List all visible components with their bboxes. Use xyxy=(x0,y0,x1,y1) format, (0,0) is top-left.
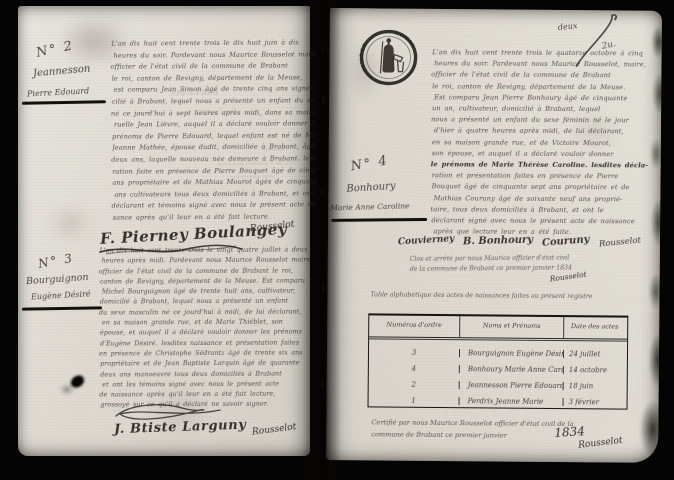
table-header-row: Numéros d'ordre Noms et Prénoms Date des… xyxy=(369,315,627,339)
handwritten-line: heures après midi. Pardevant nous Mauric… xyxy=(102,256,314,267)
act4-official-signature: Rousselot xyxy=(599,236,642,250)
handwritten-line: d'hier à quatre heures après midi, de lu… xyxy=(434,126,654,138)
page-edge-mottling xyxy=(634,25,664,455)
act4-signature: Couvierney xyxy=(398,234,455,247)
margin-rule xyxy=(331,218,427,221)
table-column-header: Numéros d'ordre xyxy=(369,315,459,337)
table-column-header: Date des actes xyxy=(563,317,625,339)
closure-line: de la commune de Brabant ce premier janv… xyxy=(410,262,654,274)
person-name: Bourguignon Eugène Désiré xyxy=(459,349,563,358)
act3-text-block: L'an dix huit cent trente trois le vingt… xyxy=(100,245,315,411)
binding-stitch xyxy=(321,380,324,388)
binding-stitch xyxy=(322,96,325,104)
person-name: Perdrix Jeanne Marie xyxy=(459,397,563,406)
handwritten-line: ans propriétaire et de Mathias Mourot âg… xyxy=(112,176,316,189)
ink-blot-smear xyxy=(62,386,72,393)
act-date: 14 octobre xyxy=(563,366,625,375)
person-name: Bonhoury Marie Anne Caroline xyxy=(459,365,563,374)
table-column-header: Noms et Prénoms xyxy=(459,316,563,338)
table-heading: Table alphabétique des actes de naissanc… xyxy=(370,291,656,300)
binding-stitch xyxy=(322,284,325,292)
handwritten-line: L'an dix huit cent trente trois le dix h… xyxy=(111,37,315,50)
table-row: 1 Perdrix Jeanne Marie 3 février xyxy=(369,392,627,410)
act4-signatures-row: Couvierney B. Bonhoury Couruny Rousselot xyxy=(398,235,650,248)
act4-signature: Couruny xyxy=(542,234,590,249)
birth-index-table: Numéros d'ordre Noms et Prénoms Date des… xyxy=(368,313,629,409)
timbre-royal-stamp-icon: TIMBRE ROYAL xyxy=(355,26,422,89)
order-number: 2 xyxy=(369,380,459,389)
act-date: 24 juillet xyxy=(563,350,625,359)
act3-official-signature: Rousselot xyxy=(252,422,297,437)
act4-signature: B. Bonhoury xyxy=(463,235,533,248)
handwritten-line: deux ans, laquelle nouveau née demeure à… xyxy=(111,153,316,166)
person-name: Jeannesson Pierre Edouard xyxy=(459,381,563,390)
handwritten-line: propriétaire et de Jean Baptiste Larquin… xyxy=(100,359,314,370)
order-number: 3 xyxy=(369,348,459,357)
act4-text-block: L'an dix huit cent trente trois le quato… xyxy=(431,47,654,239)
act3-margin-firstnames: Eugène Désiré xyxy=(31,289,91,301)
binding-stitch xyxy=(321,188,324,196)
right-page: TIMBRE ROYAL deux 2u. N° 4 Bonhoury Mari… xyxy=(326,8,662,463)
handwritten-line: officier de l'état civil de la commune d… xyxy=(431,70,654,82)
act3-margin-number: N° 3 xyxy=(37,251,75,271)
handwritten-line: épouse, et auquel il a déclaré vouloir d… xyxy=(100,328,314,339)
handwritten-line: en sa maison grande rue, et de Victoire … xyxy=(432,137,654,149)
act-date: 18 juin xyxy=(563,382,625,391)
svg-text:ROYAL: ROYAL xyxy=(394,31,416,50)
stamp-word-right: ROYAL xyxy=(394,31,416,50)
left-page: BAR-LE-DUC Pour l'an 1833 Feuillets visé… xyxy=(18,6,310,456)
act3-margin-surname: Bourguignon xyxy=(26,272,89,287)
paper-stain xyxy=(48,206,92,240)
act2-margin-surname: Jeannesson xyxy=(33,64,91,80)
act-date: 3 février xyxy=(563,398,625,407)
act4-margin-number: N° 4 xyxy=(350,153,390,174)
certification-year: 1834 xyxy=(554,424,585,440)
handwritten-line: Mathias Couruny âgé de soixante neuf ans… xyxy=(434,193,654,205)
act2-text-block: L'an dix huit cent trente trois le dix h… xyxy=(111,37,316,224)
table-body: 3 Bourguignon Eugène Désiré 24 juillet 4… xyxy=(369,337,628,410)
act3-witness-signature: J. Btiste Larguny xyxy=(114,418,247,438)
order-number: 4 xyxy=(369,364,459,373)
act4-margin-surname: Bonhoury xyxy=(346,181,396,195)
binding-stitch xyxy=(321,46,324,54)
order-number: 1 xyxy=(369,396,459,405)
margin-rule xyxy=(22,306,102,310)
closure-statement: Clos et arrêté par nous Maurice officier… xyxy=(410,253,654,274)
handwritten-line: le roi, canton de Revigny, département d… xyxy=(432,81,654,93)
handwritten-line: Bouquet âgé de cinquante sept ans propri… xyxy=(432,182,654,194)
handwritten-line: déclarant et témoins signé avec nous le … xyxy=(111,200,316,213)
act4-margin-firstnames: Marie Anne Caroline xyxy=(330,201,409,212)
act2-margin-firstnames: Pierre Edouard xyxy=(27,86,90,98)
scanned-register-spread: BAR-LE-DUC Pour l'an 1833 Feuillets visé… xyxy=(0,0,674,480)
handwritten-line: cilié à Brabant, lequel nous a présenté … xyxy=(112,95,316,108)
stamp-figure xyxy=(382,38,394,73)
margin-rule xyxy=(22,100,106,104)
